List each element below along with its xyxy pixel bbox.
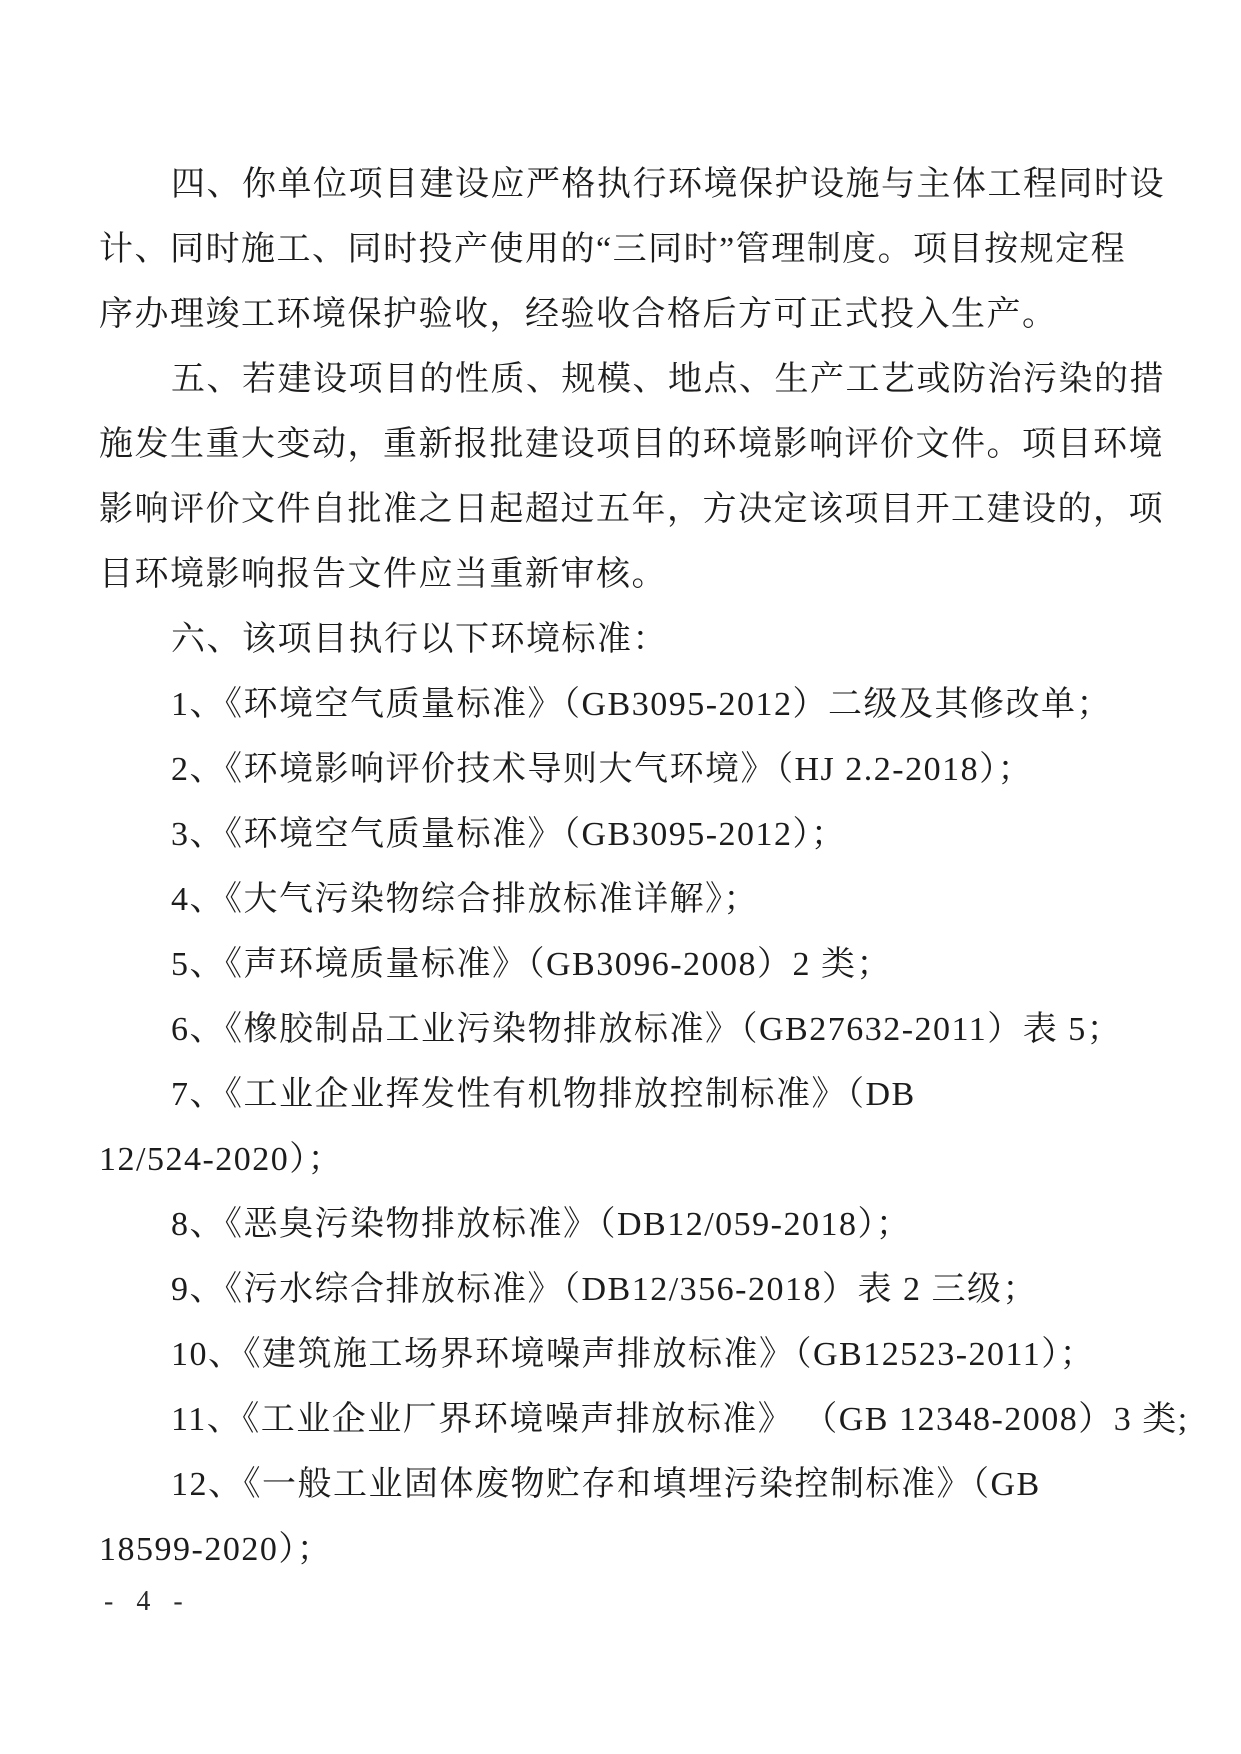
text-line: 四、你单位项目建设应严格执行环境保护设施与主体工程同时设 xyxy=(99,152,1151,217)
page-number: - 4 - xyxy=(104,1586,191,1618)
text-line: 计、同时施工、同时投产使用的“三同时”管理制度。项目按规定程 xyxy=(99,217,1151,282)
text-line: 18599-2020）； xyxy=(99,1517,1151,1582)
text-line: 11、《工业企业厂界环境噪声排放标准》 （GB 12348-2008）3 类; xyxy=(99,1387,1151,1452)
document-body: 四、你单位项目建设应严格执行环境保护设施与主体工程同时设计、同时施工、同时投产使… xyxy=(99,152,1151,1582)
document-lines: 四、你单位项目建设应严格执行环境保护设施与主体工程同时设计、同时施工、同时投产使… xyxy=(99,152,1151,1582)
text-line: 10、《建筑施工场界环境噪声排放标准》（GB12523-2011）； xyxy=(99,1322,1151,1387)
text-line: 8、《恶臭污染物排放标准》（DB12/059-2018）； xyxy=(99,1192,1151,1257)
text-line: 五、若建设项目的性质、规模、地点、生产工艺或防治污染的措 xyxy=(99,347,1151,412)
text-line: 4、《大气污染物综合排放标准详解》； xyxy=(99,867,1151,932)
document-page: 四、你单位项目建设应严格执行环境保护设施与主体工程同时设计、同时施工、同时投产使… xyxy=(0,0,1241,1754)
text-line: 施发生重大变动，重新报批建设项目的环境影响评价文件。项目环境 xyxy=(99,412,1151,477)
text-line: 六、该项目执行以下环境标准： xyxy=(99,607,1151,672)
text-line: 9、《污水综合排放标准》（DB12/356-2018）表 2 三级； xyxy=(99,1257,1151,1322)
text-line: 影响评价文件自批准之日起超过五年，方决定该项目开工建设的，项 xyxy=(99,477,1151,542)
text-line: 目环境影响报告文件应当重新审核。 xyxy=(99,542,1151,607)
text-line: 5、《声环境质量标准》（GB3096-2008）2 类； xyxy=(99,932,1151,997)
text-line: 12、《一般工业固体废物贮存和填埋污染控制标准》（GB xyxy=(99,1452,1151,1517)
text-line: 序办理竣工环境保护验收，经验收合格后方可正式投入生产。 xyxy=(99,282,1151,347)
text-line: 7、《工业企业挥发性有机物排放控制标准》（DB xyxy=(99,1062,1151,1127)
text-line: 6、《橡胶制品工业污染物排放标准》（GB27632-2011）表 5； xyxy=(99,997,1151,1062)
text-line: 1、《环境空气质量标准》（GB3095-2012）二级及其修改单； xyxy=(99,672,1151,737)
text-line: 3、《环境空气质量标准》（GB3095-2012）； xyxy=(99,802,1151,867)
text-line: 12/524-2020）； xyxy=(99,1127,1151,1192)
text-line: 2、《环境影响评价技术导则大气环境》（HJ 2.2-2018）； xyxy=(99,737,1151,802)
